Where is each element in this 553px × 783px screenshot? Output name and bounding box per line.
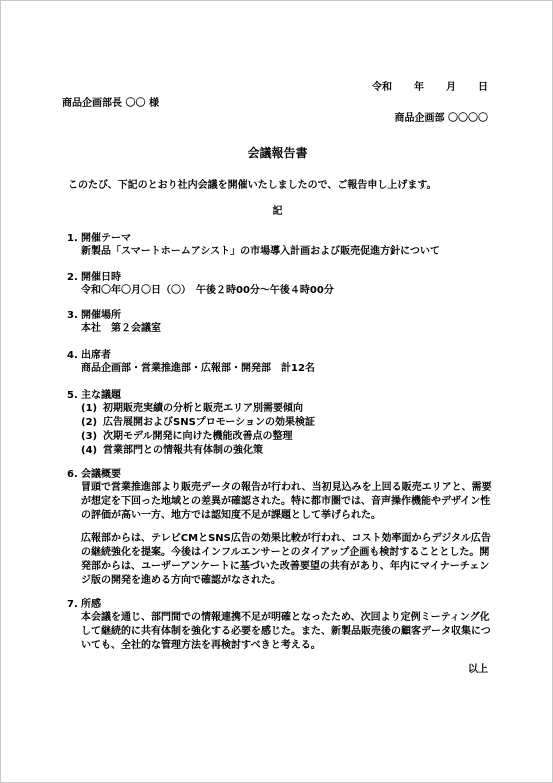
addressee: 商品企画部長 〇〇 様: [62, 97, 159, 110]
section-impressions: 7.所感 本会議を通じ、部門間での情報連携不足が明確となったため、次回より定例ミ…: [67, 598, 492, 653]
agenda-item: (1)初期販売実績の分析と販売エリア別需要傾向: [81, 402, 492, 416]
section-heading: 5.主な議題: [67, 389, 492, 402]
section-location: 3.開催場所 本社 第２会議室: [67, 309, 492, 336]
document-title: 会議報告書: [1, 146, 553, 161]
date-day-label: 日: [478, 81, 488, 94]
section-body: 商品企画部・営業推進部・広報部・開発部 計12名: [67, 362, 492, 376]
section-summary: 6.会議概要 冒頭で営業推進部より販売データの報告が行われ、当初見込みを上回る販…: [67, 468, 492, 588]
sender: 商品企画部 〇〇〇〇: [395, 112, 488, 125]
date-year-label: 年: [414, 81, 424, 94]
intro-text: このたび、下記のとおり社内会議を開催いたしましたので、ご報告申し上げます。: [68, 179, 437, 192]
agenda-list: (1)初期販売実績の分析と販売エリア別需要傾向 (2)広告展開およびSNSプロモ…: [67, 402, 492, 458]
section-agenda: 5.主な議題 (1)初期販売実績の分析と販売エリア別需要傾向 (2)広告展開およ…: [67, 389, 492, 458]
section-attendees: 4.出席者 商品企画部・営業推進部・広報部・開発部 計12名: [67, 349, 492, 376]
closing-mark: 以上: [468, 663, 488, 676]
section-heading: 6.会議概要: [67, 468, 492, 481]
agenda-item: (4)営業部門との情報共有体制の強化策: [81, 444, 492, 458]
agenda-item: (3)次期モデル開発に向けた機能改善点の整理: [81, 430, 492, 444]
section-body: 令和〇年〇月〇日（〇） 午後２時00分〜午後４時00分: [67, 284, 492, 298]
section-heading: 2.開催日時: [67, 271, 492, 284]
document-page: 令和年月日 商品企画部長 〇〇 様 商品企画部 〇〇〇〇 会議報告書 このたび、…: [0, 0, 553, 783]
ki-marker: 記: [1, 205, 553, 218]
section-datetime: 2.開催日時 令和〇年〇月〇日（〇） 午後２時00分〜午後４時00分: [67, 271, 492, 298]
section-heading: 1.開催テーマ: [67, 232, 492, 245]
agenda-item: (2)広告展開およびSNSプロモーションの効果検証: [81, 416, 492, 430]
section-body: 新製品「スマートホームアシスト」の市場導入計画および販売促進方針について: [67, 245, 492, 259]
section-body: 冒頭で営業推進部より販売データの報告が行われ、当初見込みを上回る販売エリアと、需…: [67, 481, 492, 588]
summary-paragraph: 冒頭で営業推進部より販売データの報告が行われ、当初見込みを上回る販売エリアと、需…: [81, 481, 492, 523]
date-month-label: 月: [446, 81, 456, 94]
section-heading: 4.出席者: [67, 349, 492, 362]
date-era: 令和: [372, 81, 392, 94]
section-body: 本会議を通じ、部門間での情報連携不足が明確となったため、次回より定例ミーティング…: [67, 611, 492, 653]
report-date: 令和年月日: [372, 81, 488, 94]
summary-paragraph: 広報部からは、テレビCMとSNS広告の効果比較が行われ、コスト効率面からデジタル…: [81, 532, 492, 588]
section-body: 本社 第２会議室: [67, 322, 492, 336]
section-theme: 1.開催テーマ 新製品「スマートホームアシスト」の市場導入計画および販売促進方針…: [67, 232, 492, 259]
section-heading: 7.所感: [67, 598, 492, 611]
section-heading: 3.開催場所: [67, 309, 492, 322]
